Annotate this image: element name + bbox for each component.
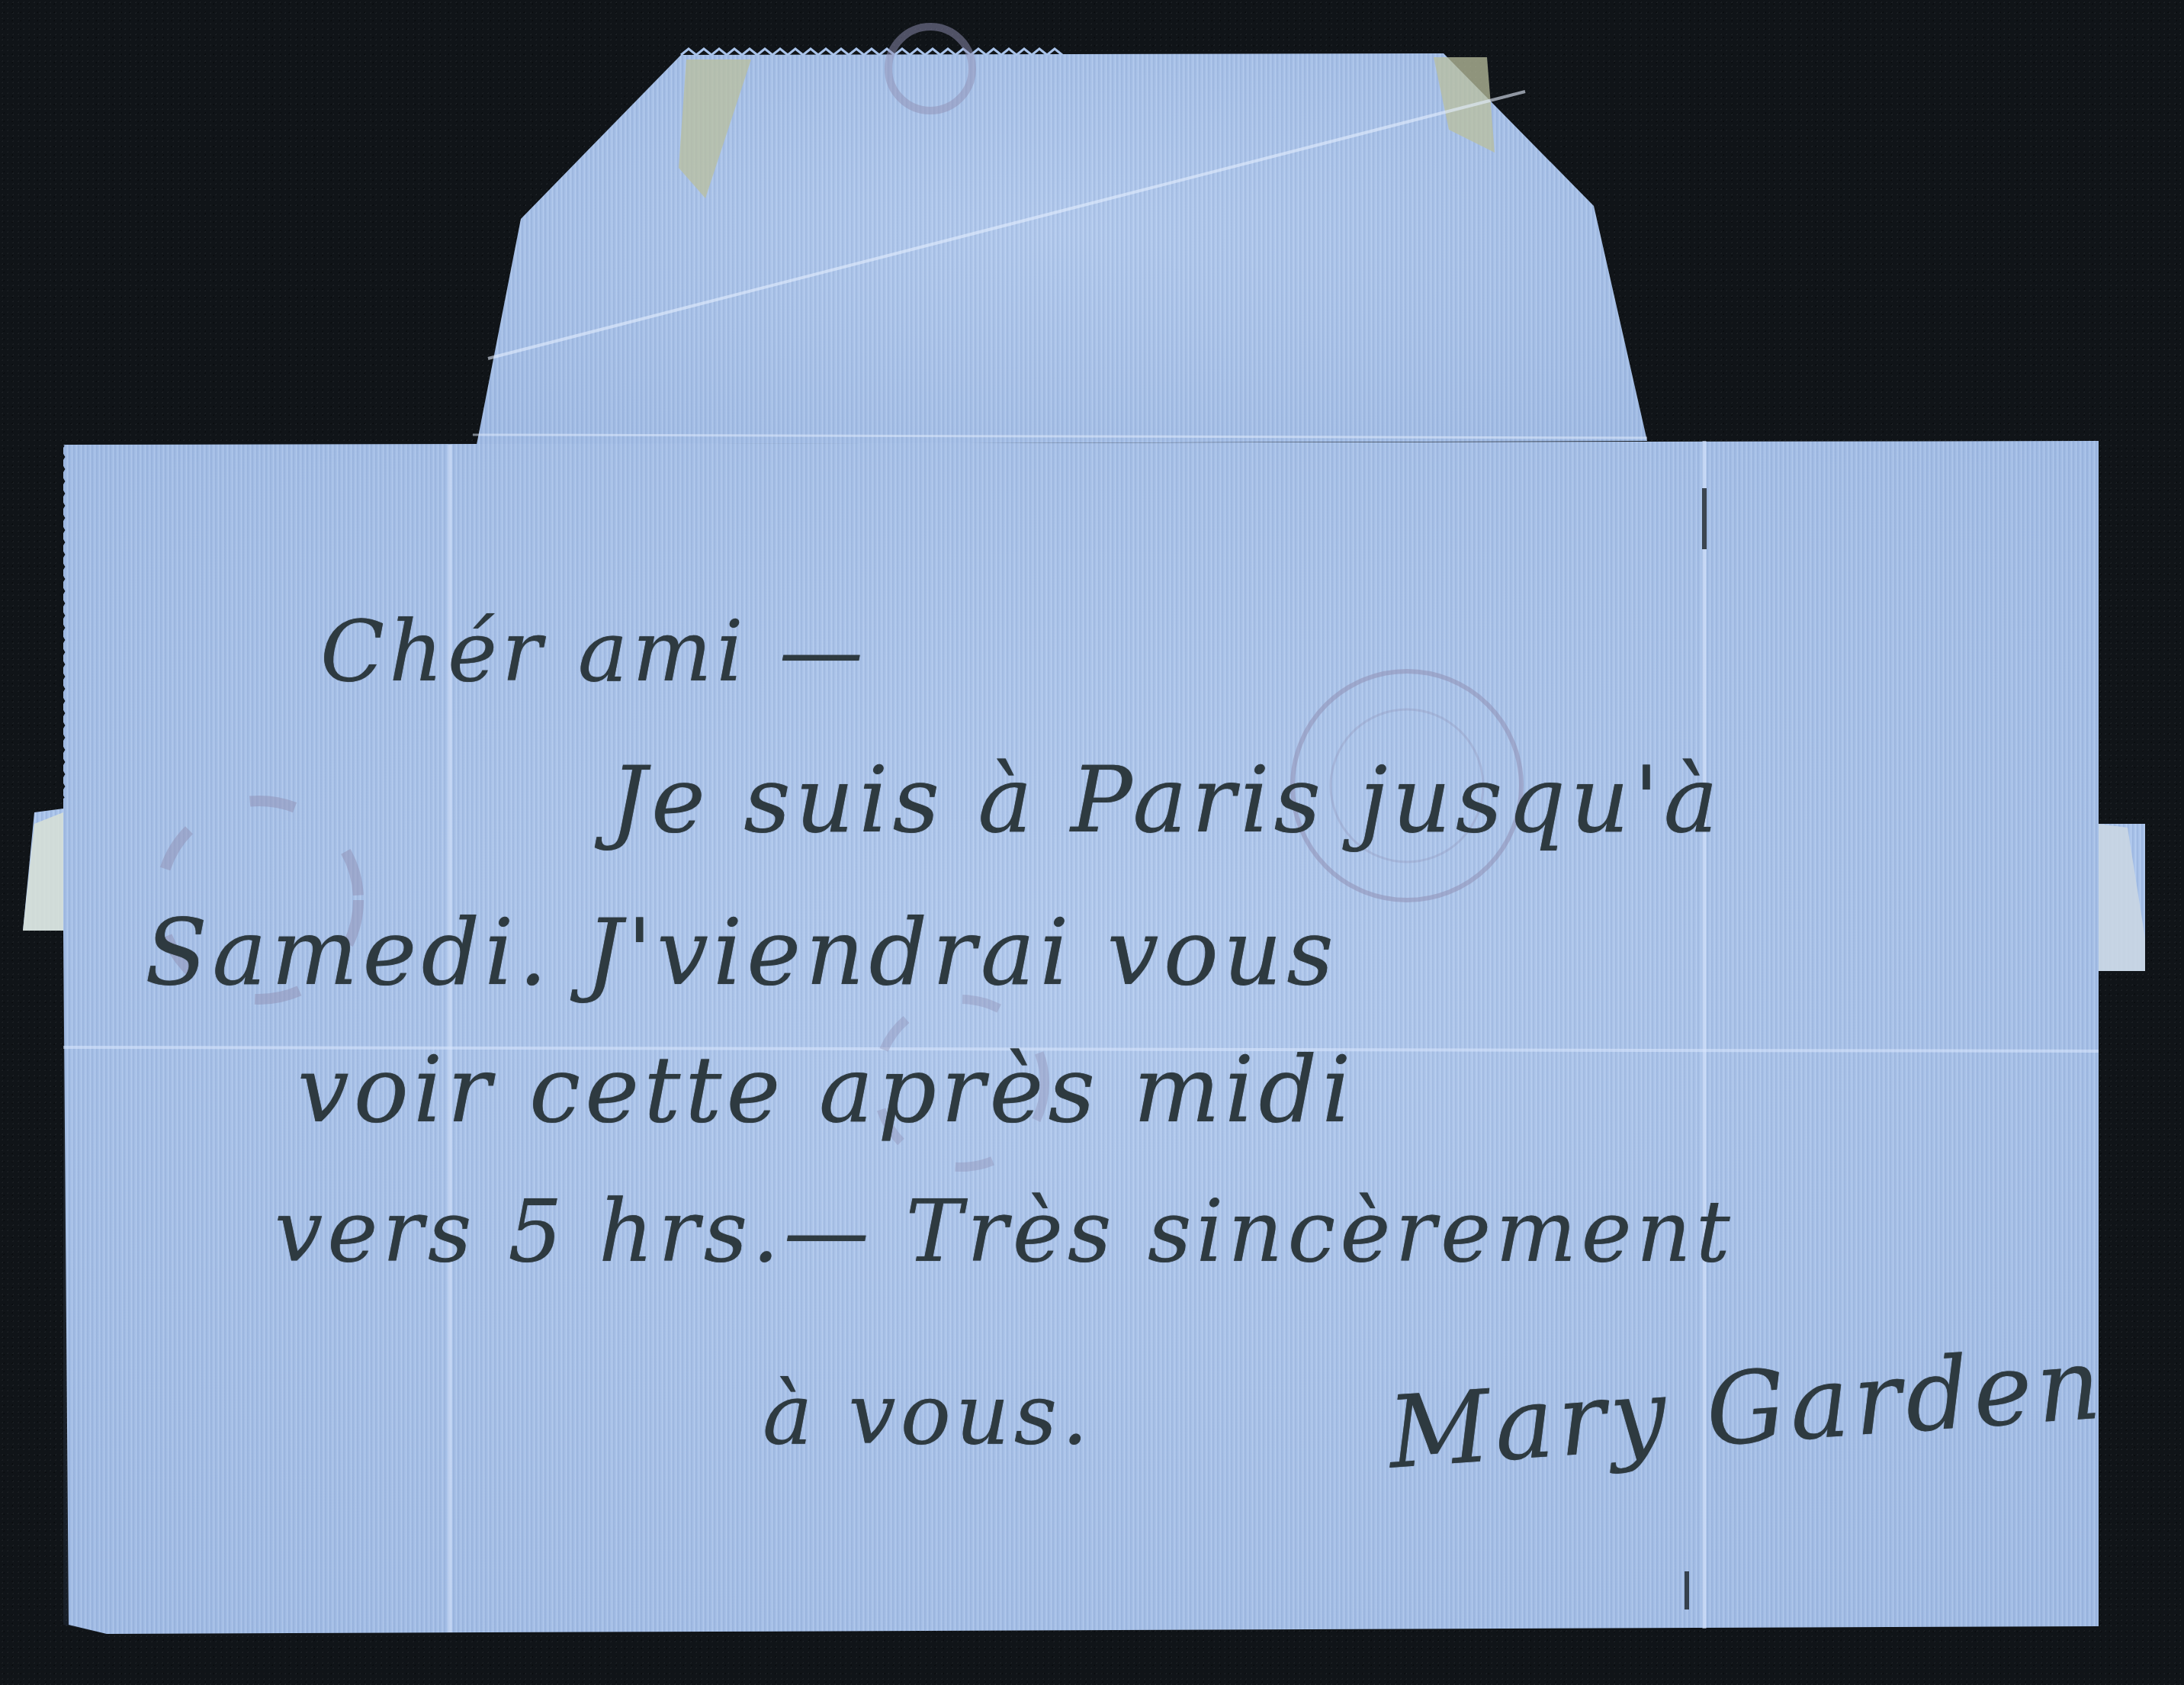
serrated-edge	[681, 49, 1062, 55]
letter-salutation: Chér ami —	[320, 603, 868, 700]
letter-line-1: Je suis à Paris jusqu'à	[610, 748, 1723, 854]
letter-line-4: vers 5 hrs.— Très sincèrement	[275, 1182, 1735, 1281]
perforated-edge	[61, 445, 63, 799]
letter-line-3: voir cette après midi	[297, 1037, 1356, 1143]
letter-line-2: Samedi. J'viendrai vous	[145, 900, 1338, 1006]
letter-line-5: à vous.	[763, 1365, 1093, 1463]
envelope-flap	[473, 27, 1647, 445]
